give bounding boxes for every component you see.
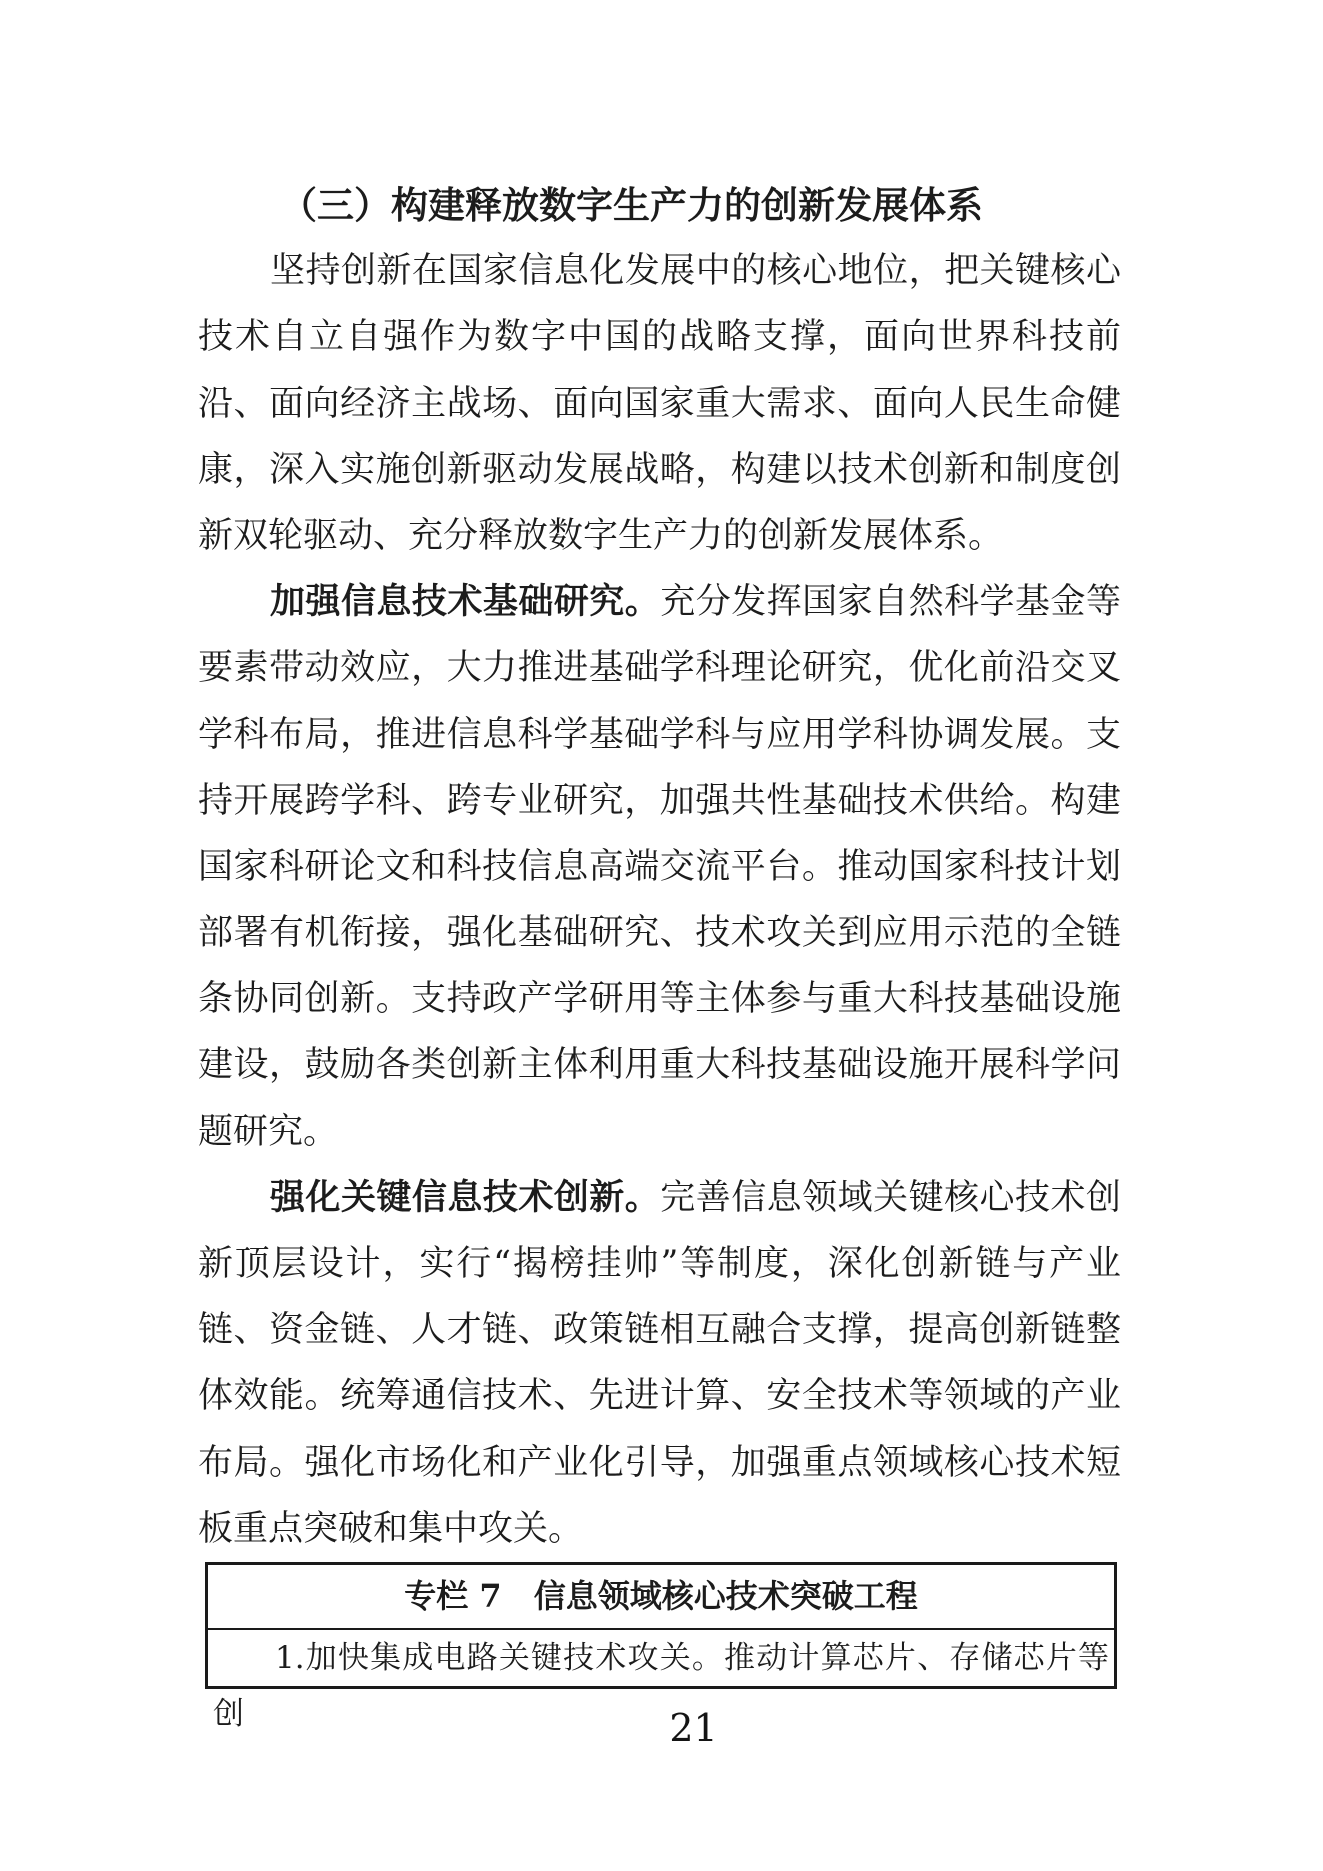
section-heading: （三）构建释放数字生产力的创新发展体系 — [198, 172, 1121, 238]
body-text: 充分发挥国家自然科学基金等 — [660, 582, 1121, 622]
body-text: 条协同创新。支持政产学研用等主体参与重大科技基础设施 — [198, 979, 1121, 1019]
text-line: 持开展跨学科、跨专业研究，加强共性基础技术供给。构建 — [198, 768, 1121, 834]
body-text: 新双轮驱动、充分释放数字生产力的创新发展体系。 — [198, 516, 1003, 556]
text-line: 题研究。 — [198, 1099, 1121, 1165]
body-text: 布局。强化市场化和产业化引导，加强重点领域核心技术短 — [198, 1443, 1121, 1483]
document-page: （三）构建释放数字生产力的创新发展体系 坚持创新在国家信息化发展中的核心地位，把… — [0, 0, 1323, 1871]
text-line: 学科布局，推进信息科学基础学科与应用学科协调发展。支 — [198, 702, 1121, 768]
body-text: 坚持创新在国家信息化发展中的核心地位，把关键核心 — [270, 251, 1121, 291]
text-line: 布局。强化市场化和产业化引导，加强重点领域核心技术短 — [198, 1430, 1121, 1496]
body-text: 持开展跨学科、跨专业研究，加强共性基础技术供给。构建 — [198, 781, 1121, 821]
body-text: 康，深入实施创新驱动发展战略，构建以技术创新和制度创 — [198, 450, 1121, 490]
text-line: 沿、面向经济主战场、面向国家重大需求、面向人民生命健 — [198, 371, 1121, 437]
callout-box-title: 专栏 7 信息领域核心技术突破工程 — [208, 1565, 1114, 1630]
text-line: 坚持创新在国家信息化发展中的核心地位，把关键核心 — [198, 238, 1121, 304]
text-line: 建设，鼓励各类创新主体利用重大科技基础设施开展科学问 — [198, 1032, 1121, 1098]
callout-box-row: 1.加快集成电路关键技术攻关。推动计算芯片、存储芯片等创 — [208, 1630, 1114, 1686]
bold-lead-text: 加强信息技术基础研究。 — [270, 581, 660, 622]
body-text: 要素带动效应，大力推进基础学科理论研究，优化前沿交叉 — [198, 648, 1121, 688]
text-line: 部署有机衔接，强化基础研究、技术攻关到应用示范的全链 — [198, 900, 1121, 966]
text-line: 链、资金链、人才链、政策链相互融合支撑，提高创新链整 — [198, 1297, 1121, 1363]
body-text: 板重点突破和集中攻关。 — [198, 1509, 583, 1549]
text-line: 要素带动效应，大力推进基础学科理论研究，优化前沿交叉 — [198, 635, 1121, 701]
text-line: 国家科研论文和科技信息高端交流平台。推动国家科技计划 — [198, 834, 1121, 900]
text-column: （三）构建释放数字生产力的创新发展体系 坚持创新在国家信息化发展中的核心地位，把… — [198, 172, 1121, 1689]
text-line: 技术自立自强作为数字中国的战略支撑，面向世界科技前 — [198, 304, 1121, 370]
text-line: 强化关键信息技术创新。完善信息领域关键核心技术创 — [198, 1165, 1121, 1231]
body-paragraphs: 坚持创新在国家信息化发展中的核心地位，把关键核心技术自立自强作为数字中国的战略支… — [198, 238, 1121, 1562]
text-line: 条协同创新。支持政产学研用等主体参与重大科技基础设施 — [198, 966, 1121, 1032]
body-text: 体效能。统筹通信技术、先进计算、安全技术等领域的产业 — [198, 1376, 1121, 1416]
text-line: 加强信息技术基础研究。充分发挥国家自然科学基金等 — [198, 569, 1121, 635]
body-text: 新顶层设计，实行“揭榜挂帅”等制度，深化创新链与产业 — [198, 1244, 1121, 1284]
body-text: 技术自立自强作为数字中国的战略支撑，面向世界科技前 — [198, 317, 1121, 357]
callout-box: 专栏 7 信息领域核心技术突破工程 1.加快集成电路关键技术攻关。推动计算芯片、… — [205, 1562, 1117, 1689]
bold-lead-text: 强化关键信息技术创新。 — [270, 1177, 660, 1218]
body-text: 完善信息领域关键核心技术创 — [660, 1178, 1121, 1218]
text-line: 新顶层设计，实行“揭榜挂帅”等制度，深化创新链与产业 — [198, 1231, 1121, 1297]
body-text: 沿、面向经济主战场、面向国家重大需求、面向人民生命健 — [198, 384, 1121, 424]
text-line: 体效能。统筹通信技术、先进计算、安全技术等领域的产业 — [198, 1363, 1121, 1429]
body-text: 题研究。 — [198, 1112, 338, 1152]
body-text: 链、资金链、人才链、政策链相互融合支撑，提高创新链整 — [198, 1310, 1121, 1350]
text-line: 康，深入实施创新驱动发展战略，构建以技术创新和制度创 — [198, 437, 1121, 503]
text-line: 新双轮驱动、充分释放数字生产力的创新发展体系。 — [198, 503, 1121, 569]
body-text: 部署有机衔接，强化基础研究、技术攻关到应用示范的全链 — [198, 913, 1121, 953]
body-text: 国家科研论文和科技信息高端交流平台。推动国家科技计划 — [198, 847, 1121, 887]
page-number: 21 — [0, 1706, 1323, 1750]
body-text: 建设，鼓励各类创新主体利用重大科技基础设施开展科学问 — [198, 1045, 1121, 1085]
text-line: 板重点突破和集中攻关。 — [198, 1496, 1121, 1562]
body-text: 学科布局，推进信息科学基础学科与应用学科协调发展。支 — [198, 715, 1121, 755]
